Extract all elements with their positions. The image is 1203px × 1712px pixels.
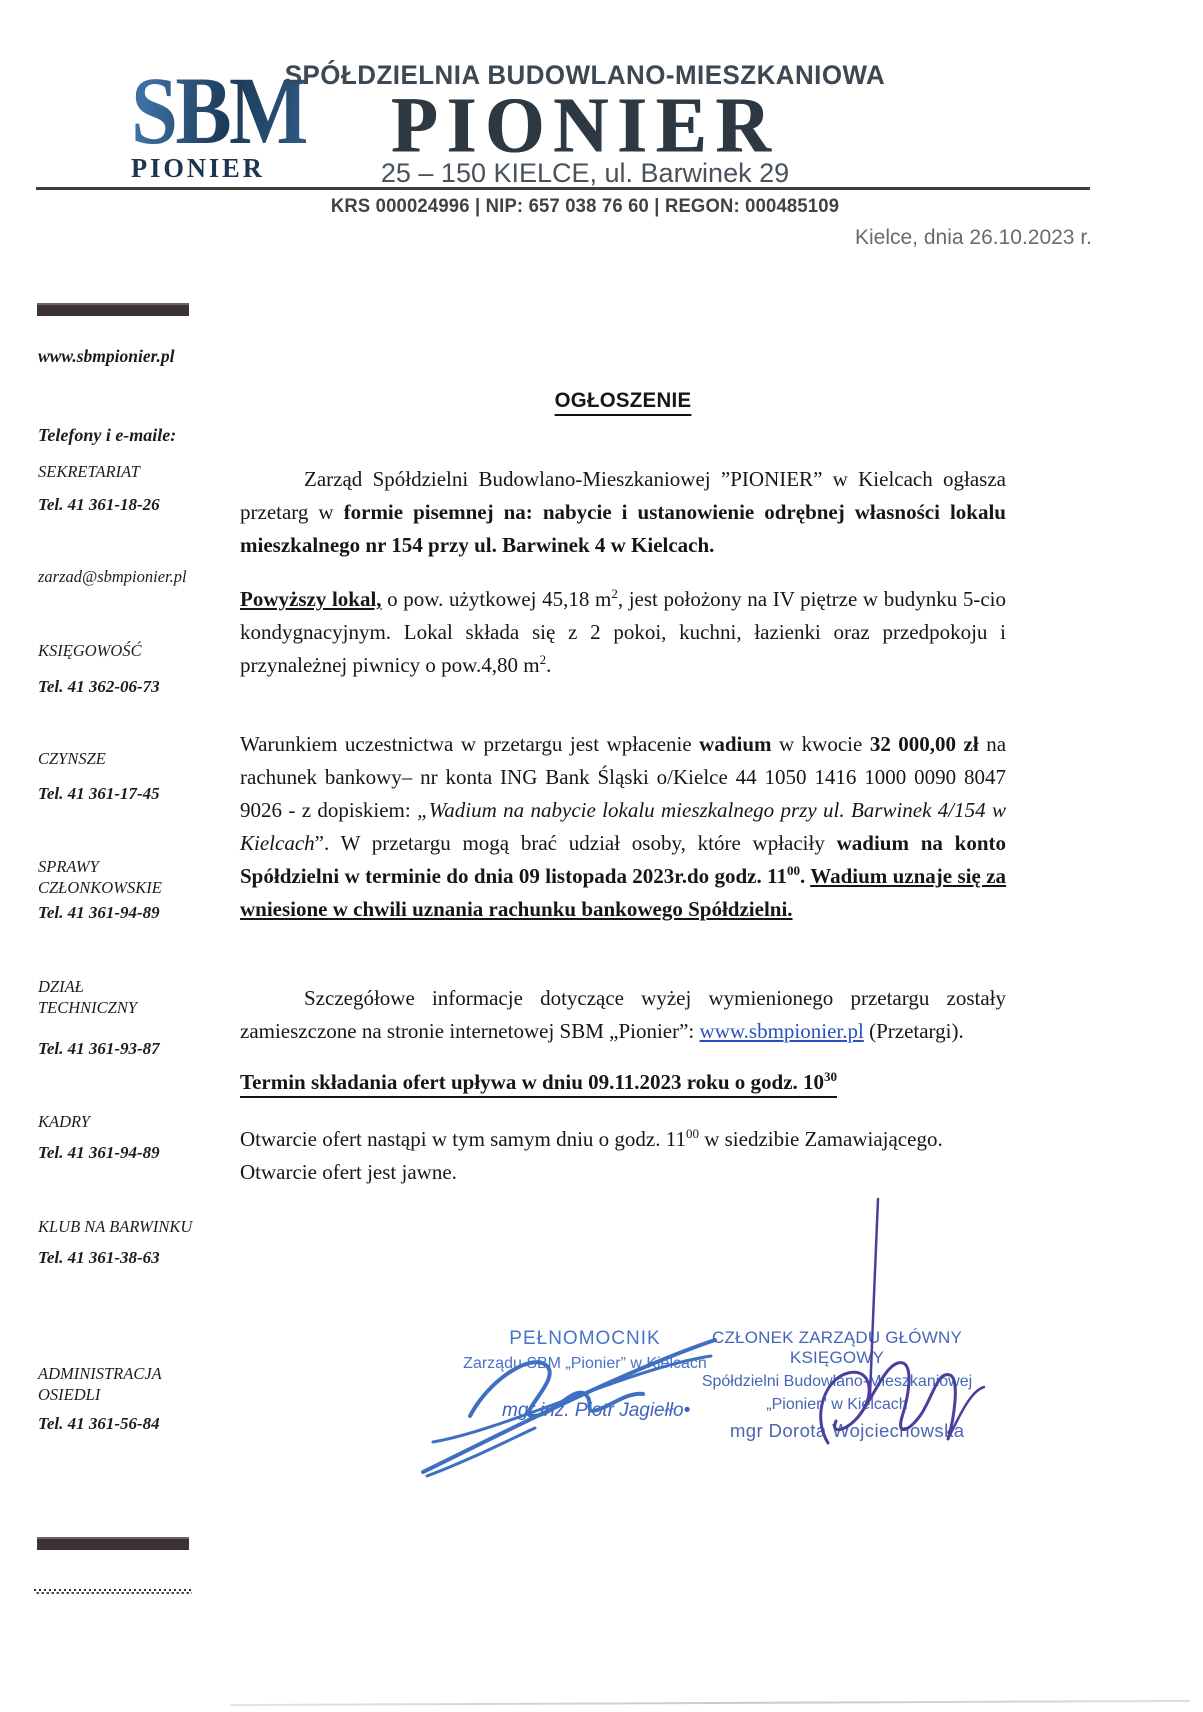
sidebar-phone-administracja-osiedli: Tel. 41 361-56-84: [38, 1413, 223, 1434]
paragraph-apartment-details: Powyższy lokal, o pow. użytkowej 45,18 m…: [240, 583, 1006, 682]
text-run: wadium: [699, 732, 771, 756]
sidebar-label-sekretariat: SEKRETARIAT: [38, 461, 223, 482]
text-run: 32 000,00 zł: [870, 732, 979, 756]
brand-title: PIONIER: [255, 86, 915, 165]
text-run: Warunkiem uczestnictwa w przetargu jest …: [240, 732, 699, 756]
paragraph-more-info: Szczegółowe informacje dotyczące wyżej w…: [240, 982, 1006, 1048]
date-line: Kielce, dnia 26.10.2023 r.: [240, 226, 1092, 250]
registry-numbers: KRS 000024996 | NIP: 657 038 76 60 | REG…: [265, 196, 905, 218]
sidebar-label-administracja-osiedli: ADMINISTRACJA OSIEDLI: [38, 1363, 188, 1405]
text-run: Termin składania ofert upływa w dniu 09.…: [240, 1070, 824, 1094]
letter-body: OGŁOSZENIE Zarząd Spółdzielni Budowlano-…: [240, 384, 1006, 1189]
header-address: 25 – 150 KIELCE, ul. Barwinek 29: [255, 158, 915, 189]
deadline-heading: Termin składania ofert upływa w dniu 09.…: [240, 1066, 1006, 1099]
sidebar-phone-kadry: Tel. 41 361-94-89: [38, 1142, 223, 1163]
text-run: ”. W przetargu mogą brać udział osoby, k…: [315, 831, 837, 855]
sidebar-phone-sekretariat: Tel. 41 361-18-26: [38, 494, 223, 515]
announcement-title: OGŁOSZENIE: [240, 384, 1006, 417]
sidebar-label-kadry: KADRY: [38, 1111, 223, 1132]
sidebar-label-ksiegowosc: KSIĘGOWOŚĆ: [38, 640, 223, 661]
sidebar-email-zarzad[interactable]: zarzad@sbmpionier.pl: [38, 566, 223, 587]
sidebar-phone-dzial-techniczny: Tel. 41 361-93-87: [38, 1038, 223, 1059]
text-run: .: [546, 653, 551, 677]
paragraph-opening: Otwarcie ofert nastąpi w tym samym dniu …: [240, 1123, 1006, 1156]
paragraph-intro: Zarząd Spółdzielni Budowlano-Mieszkaniow…: [240, 463, 1006, 562]
text-run: (Przetargi).: [864, 1019, 964, 1043]
text-run: w kwocie: [772, 732, 870, 756]
sidebar-phone-sprawy-czlonkowskie: Tel. 41 361-94-89: [38, 902, 223, 923]
paragraph-opening-public: Otwarcie ofert jest jawne.: [240, 1156, 1006, 1189]
sidebar-top-bar: [37, 303, 189, 316]
sidebar-contacts-title: Telefony i e-maile:: [38, 425, 223, 446]
sidebar-label-klub-na-barwinku: KLUB NA BARWINKU: [38, 1216, 223, 1237]
paragraph-wadium: Warunkiem uczestnictwa w przetargu jest …: [240, 728, 1006, 926]
signature-right-scribble: [800, 1195, 1010, 1485]
sidebar-zigzag-line: [34, 1589, 192, 1594]
sidebar-bottom-bar: [37, 1537, 189, 1550]
text-run: Otwarcie ofert jest jawne.: [240, 1160, 457, 1184]
inline-link[interactable]: www.sbmpionier.pl: [700, 1019, 864, 1043]
sidebar-phone-klub-na-barwinku: Tel. 41 361-38-63: [38, 1247, 223, 1268]
text-run: Powyższy lokal,: [240, 587, 382, 611]
sidebar-label-dzial-techniczny: DZIAŁ TECHNICZNY: [38, 976, 158, 1018]
sidebar-website[interactable]: www.sbmpionier.pl: [38, 346, 223, 367]
sidebar-label-czynsze: CZYNSZE: [38, 748, 223, 769]
sidebar-phone-ksiegowosc: Tel. 41 362-06-73: [38, 676, 223, 697]
text-run: 00: [787, 863, 800, 878]
text-run: w siedzibie Zamawiającego.: [699, 1127, 943, 1151]
text-run: Otwarcie ofert nastąpi w tym samym dniu …: [240, 1127, 686, 1151]
text-run: 00: [686, 1126, 699, 1141]
text-run: .: [800, 864, 810, 888]
header-divider: [36, 187, 1090, 190]
sidebar-label-sprawy-czlonkowskie: SPRAWY CZŁONKOWSKIE: [38, 856, 168, 898]
text-run: 30: [824, 1069, 837, 1084]
text-run: formie pisemnej na: nabycie i ustanowien…: [240, 500, 1006, 557]
scan-artifact-line: [230, 1700, 1190, 1706]
text-run: o pow. użytkowej 45,18 m: [382, 587, 612, 611]
scanned-letter-page: SBM PIONIER SPÓŁDZIELNIA BUDOWLANO-MIESZ…: [0, 0, 1203, 1712]
sidebar-phone-czynsze: Tel. 41 361-17-45: [38, 783, 223, 804]
